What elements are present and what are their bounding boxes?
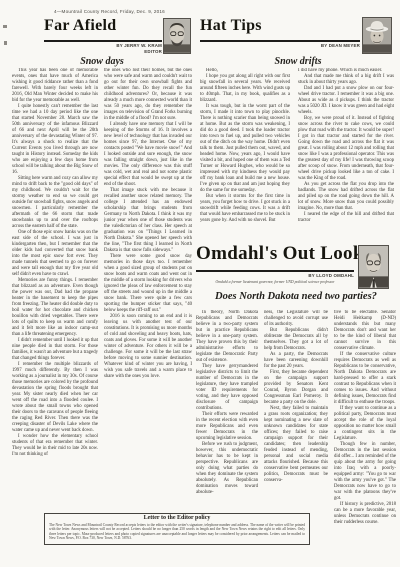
omdahl-column-3: tive to be electable. Senator Heidi Heit…: [334, 310, 396, 556]
article-paragraph: There were some good snow day memories i…: [104, 254, 192, 314]
article-paragraph: Boy, we were proud of it. Instead of fig…: [298, 116, 394, 182]
hat-tips-column-1: Hello,I hope you got along all right wit…: [200, 68, 290, 246]
article-paragraph: Before we rush to judgment, however, thi…: [196, 442, 258, 496]
article-paragraph: If they want to continue as a political …: [334, 406, 396, 442]
omdahl-title: Omdahl's Out Look: [196, 243, 364, 265]
article-paragraph: Sitting here warm and cozy can allow my …: [12, 176, 98, 230]
omdahl-column-1: In theory, North Dakota Republicans and …: [196, 310, 258, 510]
article-paragraph: But Republicans didn't obliterate the De…: [264, 328, 328, 352]
article-paragraph: I quite honestly can't remember the last…: [12, 104, 98, 176]
scan-registration-mark: [4, 41, 7, 45]
lloyd-omdahl-portrait-icon: [359, 246, 388, 288]
far-afield-title: Far Afield: [44, 17, 116, 35]
article-paragraph: I wonder how the elementary school stude…: [12, 434, 98, 458]
article-paragraph: One of those epic snow banks was on the …: [12, 230, 98, 278]
article-paragraph: I already have one memory that I will be…: [104, 122, 192, 188]
byline-name: BY LLOYD OMDAHL: [250, 273, 354, 279]
article-paragraph: As you get across the flat you drop into…: [298, 182, 394, 212]
omdahl-headline: Does North Dakota need two parties?: [196, 291, 396, 302]
article-paragraph: Memories are funny things. I remember th…: [12, 278, 98, 338]
article-paragraph: In theory, North Dakota Republicans and …: [196, 310, 258, 364]
article-paragraph: They have gerrymandered legislative dist…: [196, 364, 258, 412]
hat-tips-column-2: I did have my phone. Which is much easie…: [298, 68, 394, 246]
article-paragraph: It was tough, but in the worst part of t…: [200, 104, 290, 194]
article-paragraph: This year has been one of memorable even…: [12, 68, 98, 104]
lloyd-omdahl-photo: [358, 245, 389, 289]
letter-policy-body: The New Town News and Mountrail County R…: [49, 523, 305, 541]
article-paragraph: As a party, the Democrats have been care…: [264, 352, 328, 370]
omdahl-byline: BY LLOYD OMDAHL: [250, 273, 354, 279]
dean-meyer-portrait-icon: [363, 18, 391, 53]
article-paragraph: Though few in number, Democrats in the l…: [334, 442, 396, 502]
article-paragraph: Dad and I had put a snow plow on our fou…: [298, 86, 394, 116]
omdahl-tagline: Omdahl a former lieutenant governor, for…: [196, 280, 354, 284]
article-paragraph: Their efforts were rewarded in the recen…: [196, 412, 258, 442]
far-afield-column-1: This year has been one of memorable even…: [12, 68, 98, 510]
article-paragraph: I remember the multiple blizzards of 199…: [12, 362, 98, 434]
article-paragraph: I hope you got along all right with our …: [200, 74, 290, 104]
hat-tips-byline: BY DEAN MEYER: [278, 43, 360, 49]
scan-registration-mark: [3, 25, 7, 28]
article-paragraph: If history is predictive, 2018 can be a …: [334, 502, 396, 526]
far-afield-byline: BY JERRY W. KRAM EDITOR: [82, 43, 162, 55]
hat-tips-headline: Snow drifts: [200, 56, 396, 67]
letter-policy-box: Letter to the Editor policy The New Town…: [44, 513, 310, 545]
hat-tips-title: Hat Tips: [200, 17, 262, 35]
article-paragraph: the ones who lost their homes, but the o…: [104, 68, 192, 122]
article-paragraph: ness, the Legislature will be challenged…: [264, 310, 328, 328]
article-paragraph: And that made me think of a big drift I …: [298, 74, 394, 86]
byline-name: BY DEAN MEYER: [278, 43, 360, 49]
article-paragraph: tive to be electable. Senator Heidi Heit…: [334, 310, 396, 352]
byline-role: EDITOR: [82, 49, 162, 55]
omdahl-column-2: ness, the Legislature will be challenged…: [264, 310, 328, 510]
dean-meyer-photo: [362, 17, 392, 54]
article-paragraph: 2016 is soon coming to an end and it is …: [104, 314, 192, 380]
article-paragraph: Next, they failed to maintain a grass ro…: [264, 406, 328, 484]
newspaper-page: 4—Mountrail County Record, Friday, Dec. …: [0, 0, 400, 567]
jerry-kram-photo: [163, 18, 191, 54]
far-afield-headline: Snow days: [12, 56, 192, 67]
page-header: 4—Mountrail County Record, Friday, Dec. …: [54, 9, 165, 14]
article-paragraph: First, they became dependent on the camp…: [264, 370, 328, 406]
far-afield-column-2: the ones who lost their homes, but the o…: [104, 68, 192, 508]
jerry-kram-portrait-icon: [164, 19, 190, 53]
article-paragraph: I didn't remember until I looked it up t…: [12, 338, 98, 362]
letter-policy-title: Letter to the Editor policy: [49, 515, 305, 522]
article-paragraph: I neared the edge of the hill and drifte…: [298, 212, 394, 224]
article-paragraph: If the conservative culture requires Dem…: [334, 352, 396, 406]
article-paragraph: That image stuck with me because it reca…: [104, 188, 192, 254]
article-paragraph: But when it storms for the first time in…: [200, 194, 290, 224]
